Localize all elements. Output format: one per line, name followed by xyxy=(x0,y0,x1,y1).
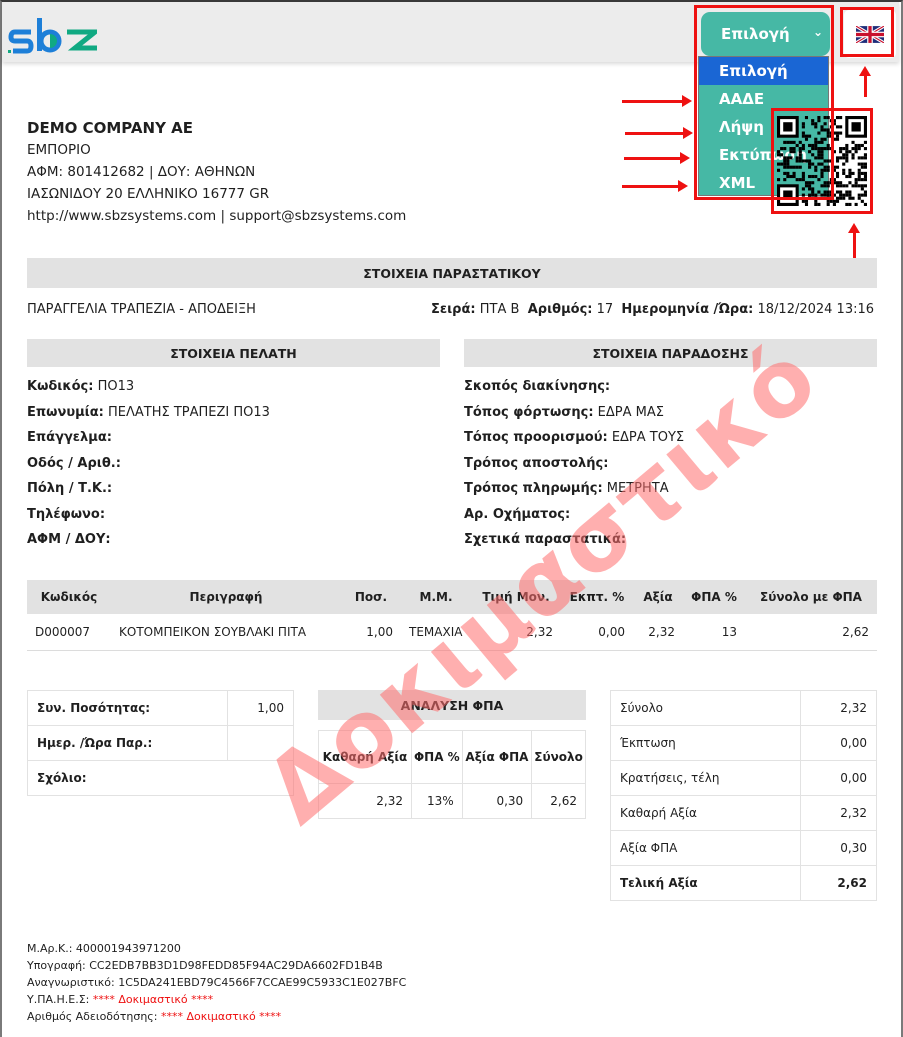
totals-label: Κρατήσεις, τέλη xyxy=(611,761,801,796)
field-label: Σχετικά παραστατικά: xyxy=(464,532,626,547)
arrow-right-icon xyxy=(625,132,685,135)
totals-value: 2,62 xyxy=(801,866,877,901)
field-row: Πόλη / Τ.Κ.: xyxy=(27,476,270,502)
summary-label: Σχόλιο: xyxy=(28,761,294,796)
company-name: DEMO COMPANY AE xyxy=(27,117,406,139)
table-cell: 0,00 xyxy=(561,614,633,650)
delivery-fields: Σκοπός διακίνησης: Τόπος φόρτωσης: ΕΔΡΑ … xyxy=(464,374,684,553)
field-row: Επωνυμία: ΠΕΛΑΤΗΣ ΤΡΑΠΕΖΙ ΠΟ13 xyxy=(27,400,270,426)
vat-cell: 0,30 xyxy=(462,784,531,819)
totals-label: Σύνολο xyxy=(611,691,801,726)
field-value: ΠΕΛΑΤΗΣ ΤΡΑΠΕΖΙ ΠΟ13 xyxy=(108,405,270,420)
signature: Υπογραφή: CC2EDB7BB3D1D98FEDD85F94AC29DA… xyxy=(27,957,406,974)
top-bar: Επιλογή ⌄ xyxy=(2,2,899,62)
field-row: Τηλέφωνο: xyxy=(27,502,270,528)
vat-analysis-table: Καθαρή ΑξίαΦΠΑ %Αξία ΦΠΑΣύνολο2,3213%0,3… xyxy=(318,730,586,819)
field-label: ΑΦΜ / ΔΟΥ: xyxy=(27,532,111,547)
table-row: D000007ΚΟΤΟΜΠΕΙΚΟΝ ΣΟΥΒΛΑΚΙ ΠΙΤΑ1,00ΤΕΜΑ… xyxy=(27,614,877,650)
totals-value: 2,32 xyxy=(801,796,877,831)
document-section-header: ΣΤΟΙΧΕΙΑ ΠΑΡΑΣΤΑΤΙΚΟΥ xyxy=(27,258,877,288)
company-contact: http://www.sbzsystems.com | support@sbzs… xyxy=(27,205,406,227)
field-label: Τόπος προορισμού: xyxy=(464,430,608,445)
column-header: Περιγραφή xyxy=(111,580,341,614)
field-label: Επάγγελμα: xyxy=(27,430,112,445)
ypahes: Υ.ΠΑ.Η.Ε.Σ: **** Δοκιμαστικό **** xyxy=(27,991,406,1008)
field-value: ΠΟ13 xyxy=(98,379,135,394)
column-header: Σύνολο με ΦΠΑ xyxy=(745,580,877,614)
field-label: Τρόπος αποστολής: xyxy=(464,456,608,471)
field-row: Αρ. Οχήματος: xyxy=(464,502,684,528)
field-row: Επάγγελμα: xyxy=(27,425,270,451)
field-label: Κωδικός: xyxy=(27,379,93,394)
field-label: Αρ. Οχήματος: xyxy=(464,507,570,522)
field-label: Τρόπος πληρωμής: xyxy=(464,481,603,496)
dropdown-option-aade[interactable]: ΑΑΔΕ xyxy=(699,85,828,113)
summary-row: Σχόλιο: xyxy=(28,761,294,796)
sbz-logo xyxy=(7,12,97,56)
document-series: ΠΤΑ Β xyxy=(480,302,520,317)
arrow-up-icon xyxy=(864,75,867,97)
column-header: Κωδικός xyxy=(27,580,111,614)
arrow-right-icon xyxy=(622,100,684,103)
totals-row: Τελική Αξία2,62 xyxy=(611,866,877,901)
column-header: Μ.Μ. xyxy=(401,580,471,614)
summary-value: 1,00 xyxy=(228,691,294,726)
items-table: ΚωδικόςΠεριγραφήΠοσ.Μ.Μ.Τιμή Μον.Εκπτ. %… xyxy=(27,580,877,651)
field-label: Σκοπός διακίνησης: xyxy=(464,379,610,394)
table-cell: D000007 xyxy=(27,614,111,650)
vat-analysis-header: ΑΝΑΛΥΣΗ ΦΠΑ xyxy=(318,690,586,720)
unique-id: Αναγνωριστικό: 1C5DA241EBD79C4566F7CCAE9… xyxy=(27,974,406,991)
vat-column-header: ΦΠΑ % xyxy=(411,731,462,784)
summary-label: Ημερ. /Ώρα Παρ.: xyxy=(28,726,228,761)
field-value: ΕΔΡΑ ΤΟΥΣ xyxy=(612,430,684,445)
totals-row: Καθαρή Αξία2,32 xyxy=(611,796,877,831)
company-tax: ΑΦΜ: 801412682 | ΔΟΥ: ΑΘΗΝΩΝ xyxy=(27,161,406,183)
vat-column-header: Σύνολο xyxy=(532,731,586,784)
document-type: ΠΑΡΑΓΓΕΛΙΑ ΤΡΑΠΕΖΙΑ - ΑΠΟΔΕΙΞΗ xyxy=(27,302,256,317)
footer-info: Μ.Αρ.Κ.: 400001943971200 Υπογραφή: CC2ED… xyxy=(27,940,406,1025)
vat-column-header: Αξία ΦΠΑ xyxy=(462,731,531,784)
field-label: Τηλέφωνο: xyxy=(27,507,105,522)
field-row: Τρόπος πληρωμής: ΜΕΤΡΗΤΑ xyxy=(464,476,684,502)
field-label: Οδός / Αριθ.: xyxy=(27,456,121,471)
mark-number: Μ.Αρ.Κ.: 400001943971200 xyxy=(27,940,406,957)
field-value: ΕΔΡΑ ΜΑΣ xyxy=(598,405,664,420)
totals-row: Κρατήσεις, τέλη0,00 xyxy=(611,761,877,796)
table-cell: 13 xyxy=(683,614,745,650)
delivery-section-header: ΣΤΟΙΧΕΙΑ ΠΑΡΑΔΟΣΗΣ xyxy=(464,339,877,367)
document-number: 17 xyxy=(597,302,614,317)
field-row: Τόπος φόρτωσης: ΕΔΡΑ ΜΑΣ xyxy=(464,400,684,426)
table-cell: 2,62 xyxy=(745,614,877,650)
document-datetime: 18/12/2024 13:16 xyxy=(758,302,875,317)
field-row: Κωδικός: ΠΟ13 xyxy=(27,374,270,400)
totals-table: Σύνολο2,32Έκπτωση0,00Κρατήσεις, τέλη0,00… xyxy=(610,690,877,901)
totals-row: Έκπτωση0,00 xyxy=(611,726,877,761)
summary-label: Συν. Ποσότητας: xyxy=(28,691,228,726)
totals-label: Έκπτωση xyxy=(611,726,801,761)
document-meta: Σειρά: ΠΤΑ Β Αριθμός: 17 Ημερομηνία /Ώρα… xyxy=(431,302,874,317)
field-label: Πόλη / Τ.Κ.: xyxy=(27,481,112,496)
company-activity: ΕΜΠΟΡΙΟ xyxy=(27,139,406,161)
vat-row: 2,3213%0,302,62 xyxy=(319,784,586,819)
table-cell: ΤΕΜΑΧΙΑ xyxy=(401,614,471,650)
dropdown-option-select[interactable]: Επιλογή xyxy=(699,57,828,85)
qr-code xyxy=(777,113,867,209)
field-label: Τόπος φόρτωσης: xyxy=(464,405,594,420)
vat-cell: 2,62 xyxy=(532,784,586,819)
arrow-right-icon xyxy=(622,185,680,188)
table-cell: 2,32 xyxy=(471,614,561,650)
customer-section-header: ΣΤΟΙΧΕΙΑ ΠΕΛΑΤΗ xyxy=(27,339,440,367)
company-address: ΙΑΣΩΝΙΔΟΥ 20 ΕΛΛΗΝΙΚΟ 16777 GR xyxy=(27,183,406,205)
vat-column-header: Καθαρή Αξία xyxy=(319,731,412,784)
summary-table: Συν. Ποσότητας:1,00Ημερ. /Ώρα Παρ.:Σχόλι… xyxy=(27,690,294,796)
totals-row: Σύνολο2,32 xyxy=(611,691,877,726)
column-header: Ποσ. xyxy=(341,580,401,614)
summary-value xyxy=(228,726,294,761)
column-header: Τιμή Μον. xyxy=(471,580,561,614)
vat-cell: 13% xyxy=(411,784,462,819)
action-select-label: Επιλογή xyxy=(721,25,790,43)
totals-row: Αξία ΦΠΑ0,30 xyxy=(611,831,877,866)
field-row: Σχετικά παραστατικά: xyxy=(464,527,684,553)
table-cell: 1,00 xyxy=(341,614,401,650)
totals-label: Καθαρή Αξία xyxy=(611,796,801,831)
column-header: ΦΠΑ % xyxy=(683,580,745,614)
column-header: Εκπτ. % xyxy=(561,580,633,614)
field-row: Τόπος προορισμού: ΕΔΡΑ ΤΟΥΣ xyxy=(464,425,684,451)
action-select[interactable]: Επιλογή ⌄ xyxy=(701,12,830,56)
field-row: ΑΦΜ / ΔΟΥ: xyxy=(27,527,270,553)
field-row: Οδός / Αριθ.: xyxy=(27,451,270,477)
license-number: Αριθμός Αδειοδότησης: **** Δοκιμαστικό *… xyxy=(27,1008,406,1025)
totals-value: 0,30 xyxy=(801,831,877,866)
summary-row: Συν. Ποσότητας:1,00 xyxy=(28,691,294,726)
company-info: DEMO COMPANY AE ΕΜΠΟΡΙΟ ΑΦΜ: 801412682 |… xyxy=(27,117,406,227)
field-row: Σκοπός διακίνησης: xyxy=(464,374,684,400)
customer-fields: Κωδικός: ΠΟ13Επωνυμία: ΠΕΛΑΤΗΣ ΤΡΑΠΕΖΙ Π… xyxy=(27,374,270,553)
summary-row: Ημερ. /Ώρα Παρ.: xyxy=(28,726,294,761)
totals-value: 0,00 xyxy=(801,726,877,761)
totals-value: 0,00 xyxy=(801,761,877,796)
totals-label: Τελική Αξία xyxy=(611,866,801,901)
totals-label: Αξία ΦΠΑ xyxy=(611,831,801,866)
arrow-right-icon xyxy=(624,157,682,160)
table-cell: ΚΟΤΟΜΠΕΙΚΟΝ ΣΟΥΒΛΑΚΙ ΠΙΤΑ xyxy=(111,614,341,650)
language-button[interactable] xyxy=(844,10,896,58)
totals-value: 2,32 xyxy=(801,691,877,726)
field-label: Επωνυμία: xyxy=(27,405,104,420)
vat-cell: 2,32 xyxy=(319,784,412,819)
column-header: Αξία xyxy=(633,580,683,614)
vat-header-row: Καθαρή ΑξίαΦΠΑ %Αξία ΦΠΑΣύνολο xyxy=(319,731,586,784)
uk-flag-icon xyxy=(856,26,884,43)
field-row: Τρόπος αποστολής: xyxy=(464,451,684,477)
field-value: ΜΕΤΡΗΤΑ xyxy=(607,481,669,496)
chevron-down-icon: ⌄ xyxy=(813,25,823,39)
table-cell: 2,32 xyxy=(633,614,683,650)
